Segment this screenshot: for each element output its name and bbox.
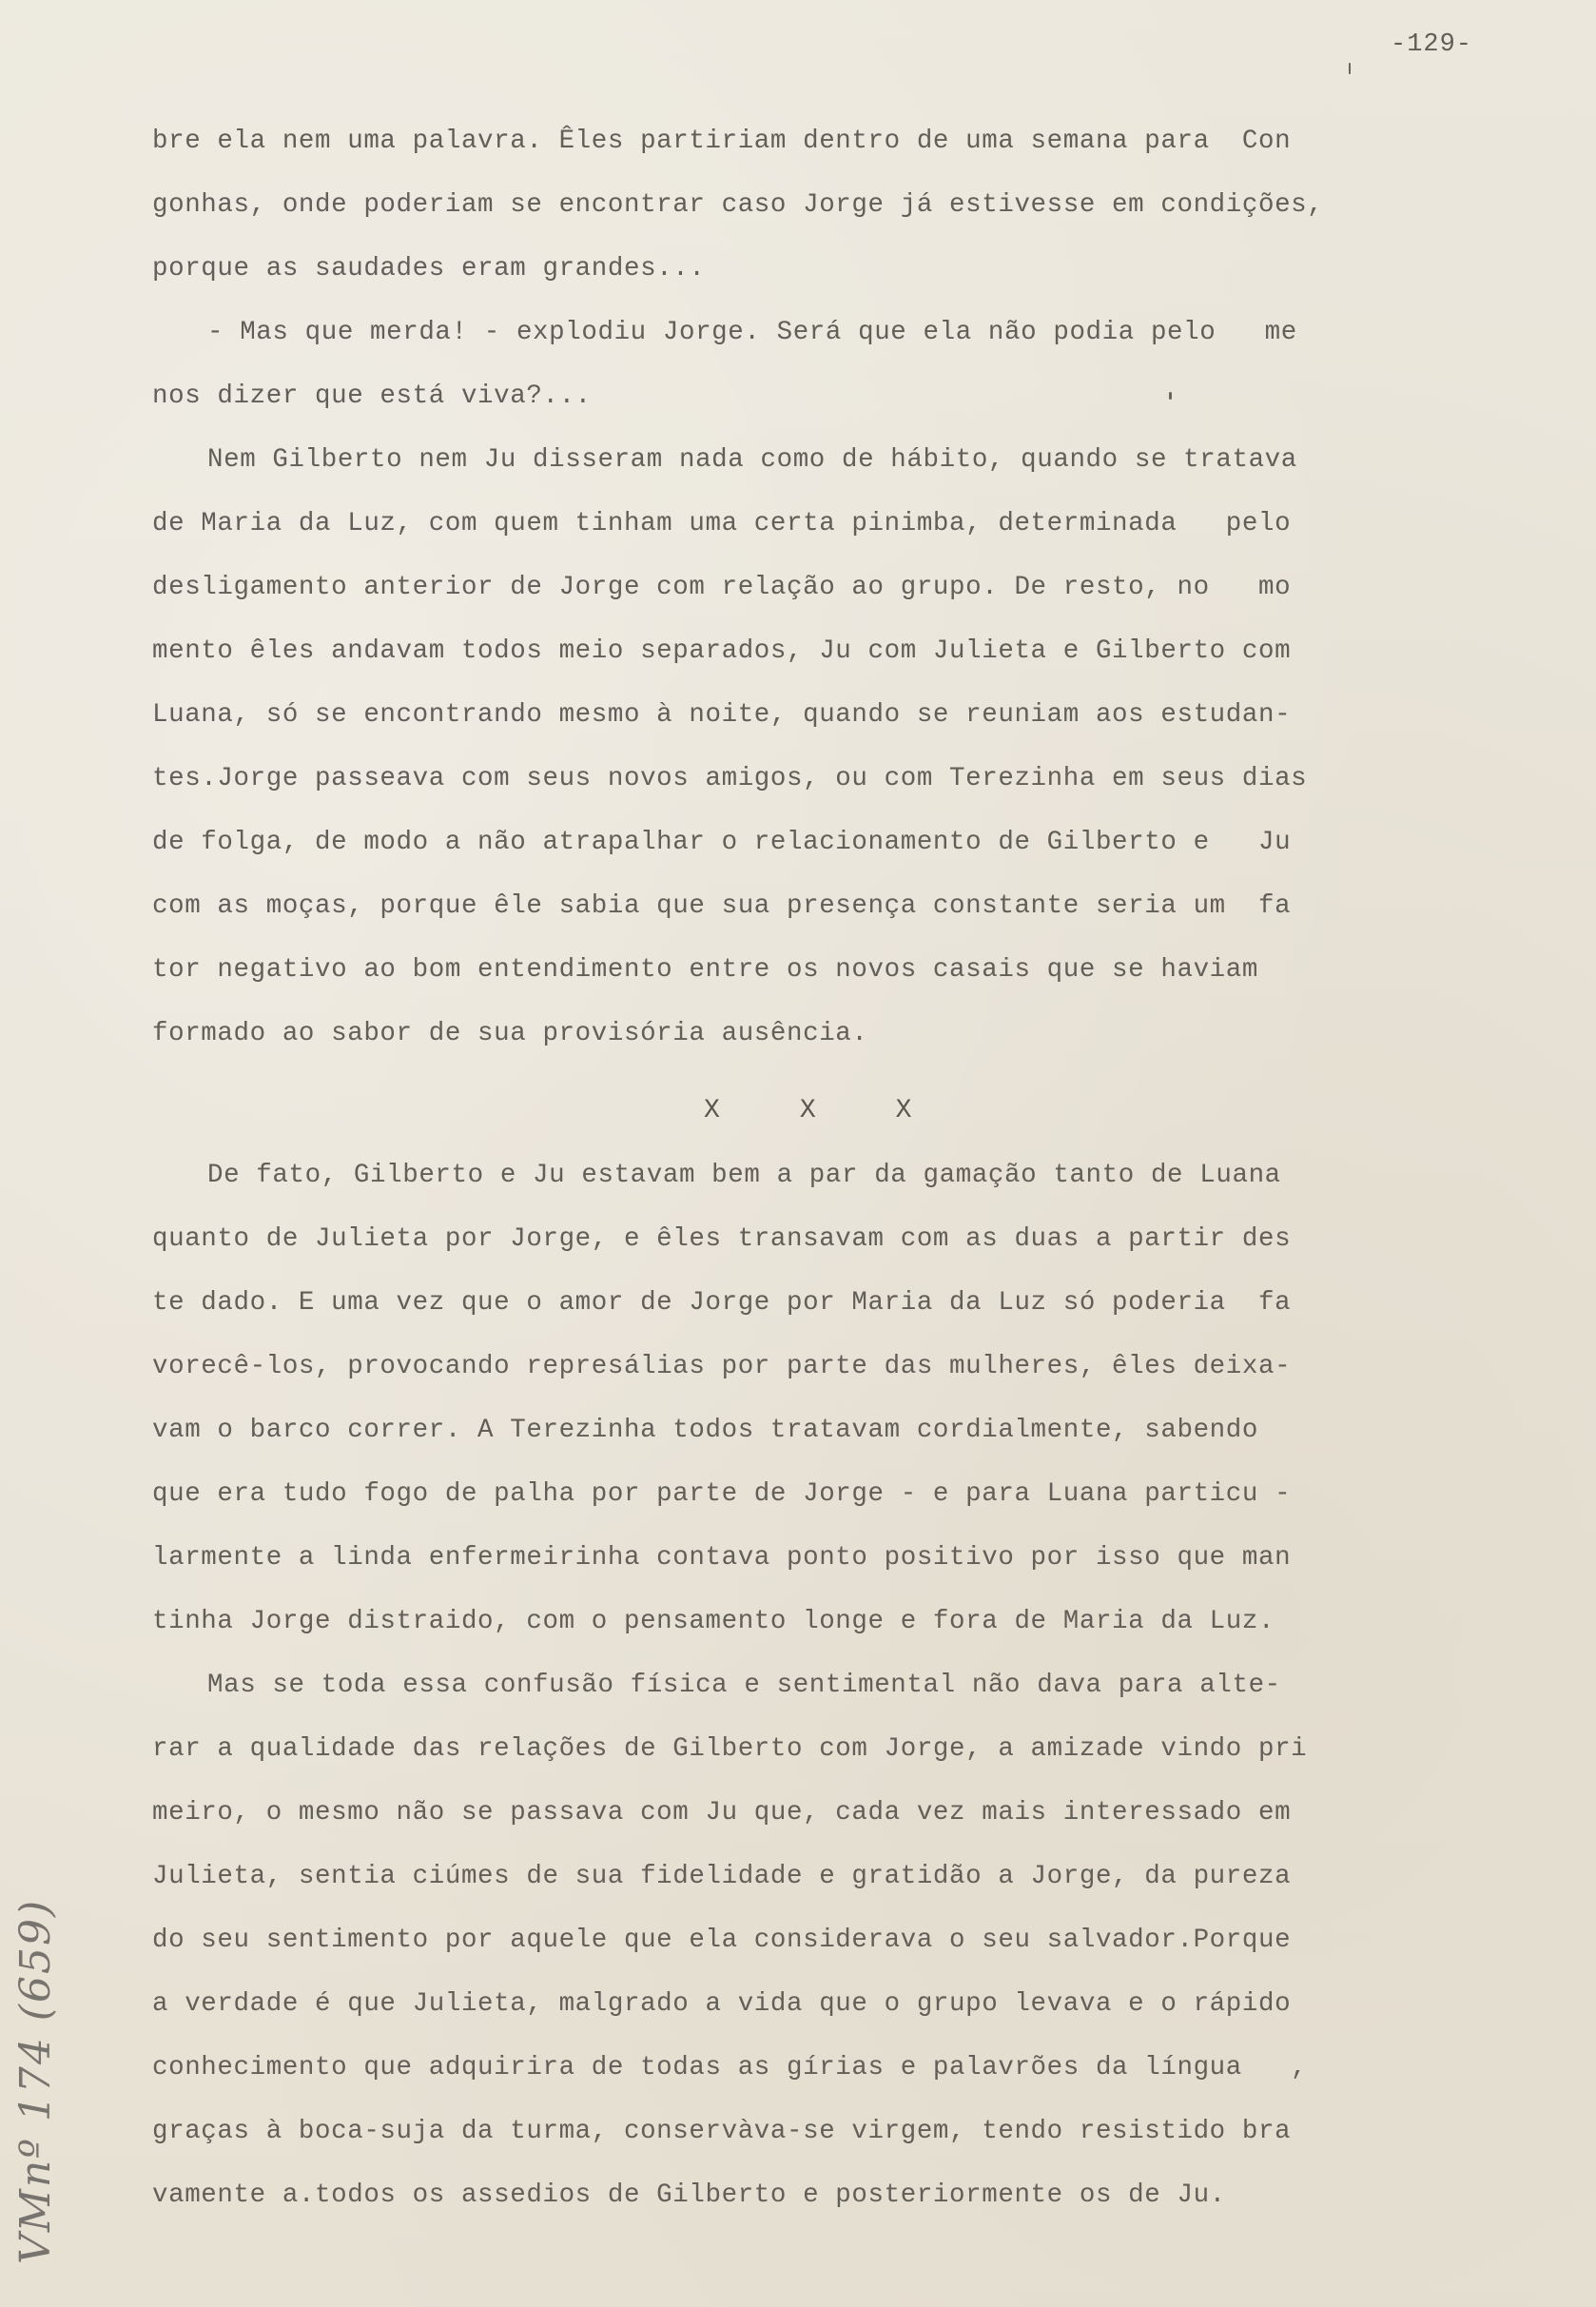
text-line: graças à boca-suja da turma, conservàva-…	[152, 2116, 1291, 2148]
text-line: de folga, de modo a não atrapalhar o rel…	[152, 827, 1291, 859]
page-number: -129-	[1391, 30, 1472, 59]
section-break: X X X	[704, 1096, 911, 1125]
text-line: gonhas, onde poderiam se encontrar caso …	[152, 189, 1323, 222]
text-line: a verdade é que Julieta, malgrado a vida…	[152, 1988, 1291, 2021]
text-line: tinha Jorge distraido, com o pensamento …	[152, 1606, 1275, 1638]
text-line: nos dizer que está viva?...	[152, 381, 592, 413]
text-line: quanto de Julieta por Jorge, e êles tran…	[152, 1223, 1291, 1256]
text-line: meiro, o mesmo não se passava com Ju que…	[152, 1797, 1291, 1829]
text-line: com as moças, porque êle sabia que sua p…	[152, 890, 1291, 923]
text-line: porque as saudades eram grandes...	[152, 253, 706, 285]
text-line: formado ao sabor de sua provisória ausên…	[152, 1018, 868, 1050]
text-line: de Maria da Luz, com quem tinham uma cer…	[152, 508, 1291, 540]
text-line: Julieta, sentia ciúmes de sua fidelidade…	[152, 1861, 1291, 1893]
text-line: tor negativo ao bom entendimento entre o…	[152, 954, 1258, 987]
text-line: - Mas que merda! - explodiu Jorge. Será …	[207, 317, 1297, 349]
text-line: desligamento anterior de Jorge com relaç…	[152, 572, 1291, 604]
text-line: Luana, só se encontrando mesmo à noite, …	[152, 699, 1291, 732]
text-line: vamente a.todos os assedios de Gilberto …	[152, 2180, 1226, 2212]
text-line: mento êles andavam todos meio separados,…	[152, 635, 1291, 668]
stray-mark	[1349, 63, 1351, 74]
text-line: bre ela nem uma palavra. Êles partiriam …	[152, 126, 1291, 158]
text-line: te dado. E uma vez que o amor de Jorge p…	[152, 1287, 1291, 1320]
text-line: Nem Gilberto nem Ju disseram nada como d…	[207, 444, 1297, 477]
text-line: do seu sentimento por aquele que ela con…	[152, 1925, 1291, 1957]
text-line: vam o barco correr. A Terezinha todos tr…	[152, 1415, 1258, 1447]
text-line: tes.Jorge passeava com seus novos amigos…	[152, 763, 1307, 795]
handwritten-margin-note: VMnº 174 (659)	[11, 1899, 60, 2264]
text-line: vorecê-los, provocando represálias por p…	[152, 1351, 1291, 1383]
text-line: rar a qualidade das relações de Gilberto…	[152, 1733, 1307, 1766]
text-line: De fato, Gilberto e Ju estavam bem a par…	[207, 1160, 1281, 1192]
text-line: Mas se toda essa confusão física e senti…	[207, 1670, 1281, 1702]
text-line: larmente a linda enfermeirinha contava p…	[152, 1542, 1291, 1574]
stray-mark	[1169, 392, 1172, 400]
text-line: que era tudo fogo de palha por parte de …	[152, 1478, 1291, 1511]
text-line: conhecimento que adquirira de todas as g…	[152, 2052, 1307, 2084]
